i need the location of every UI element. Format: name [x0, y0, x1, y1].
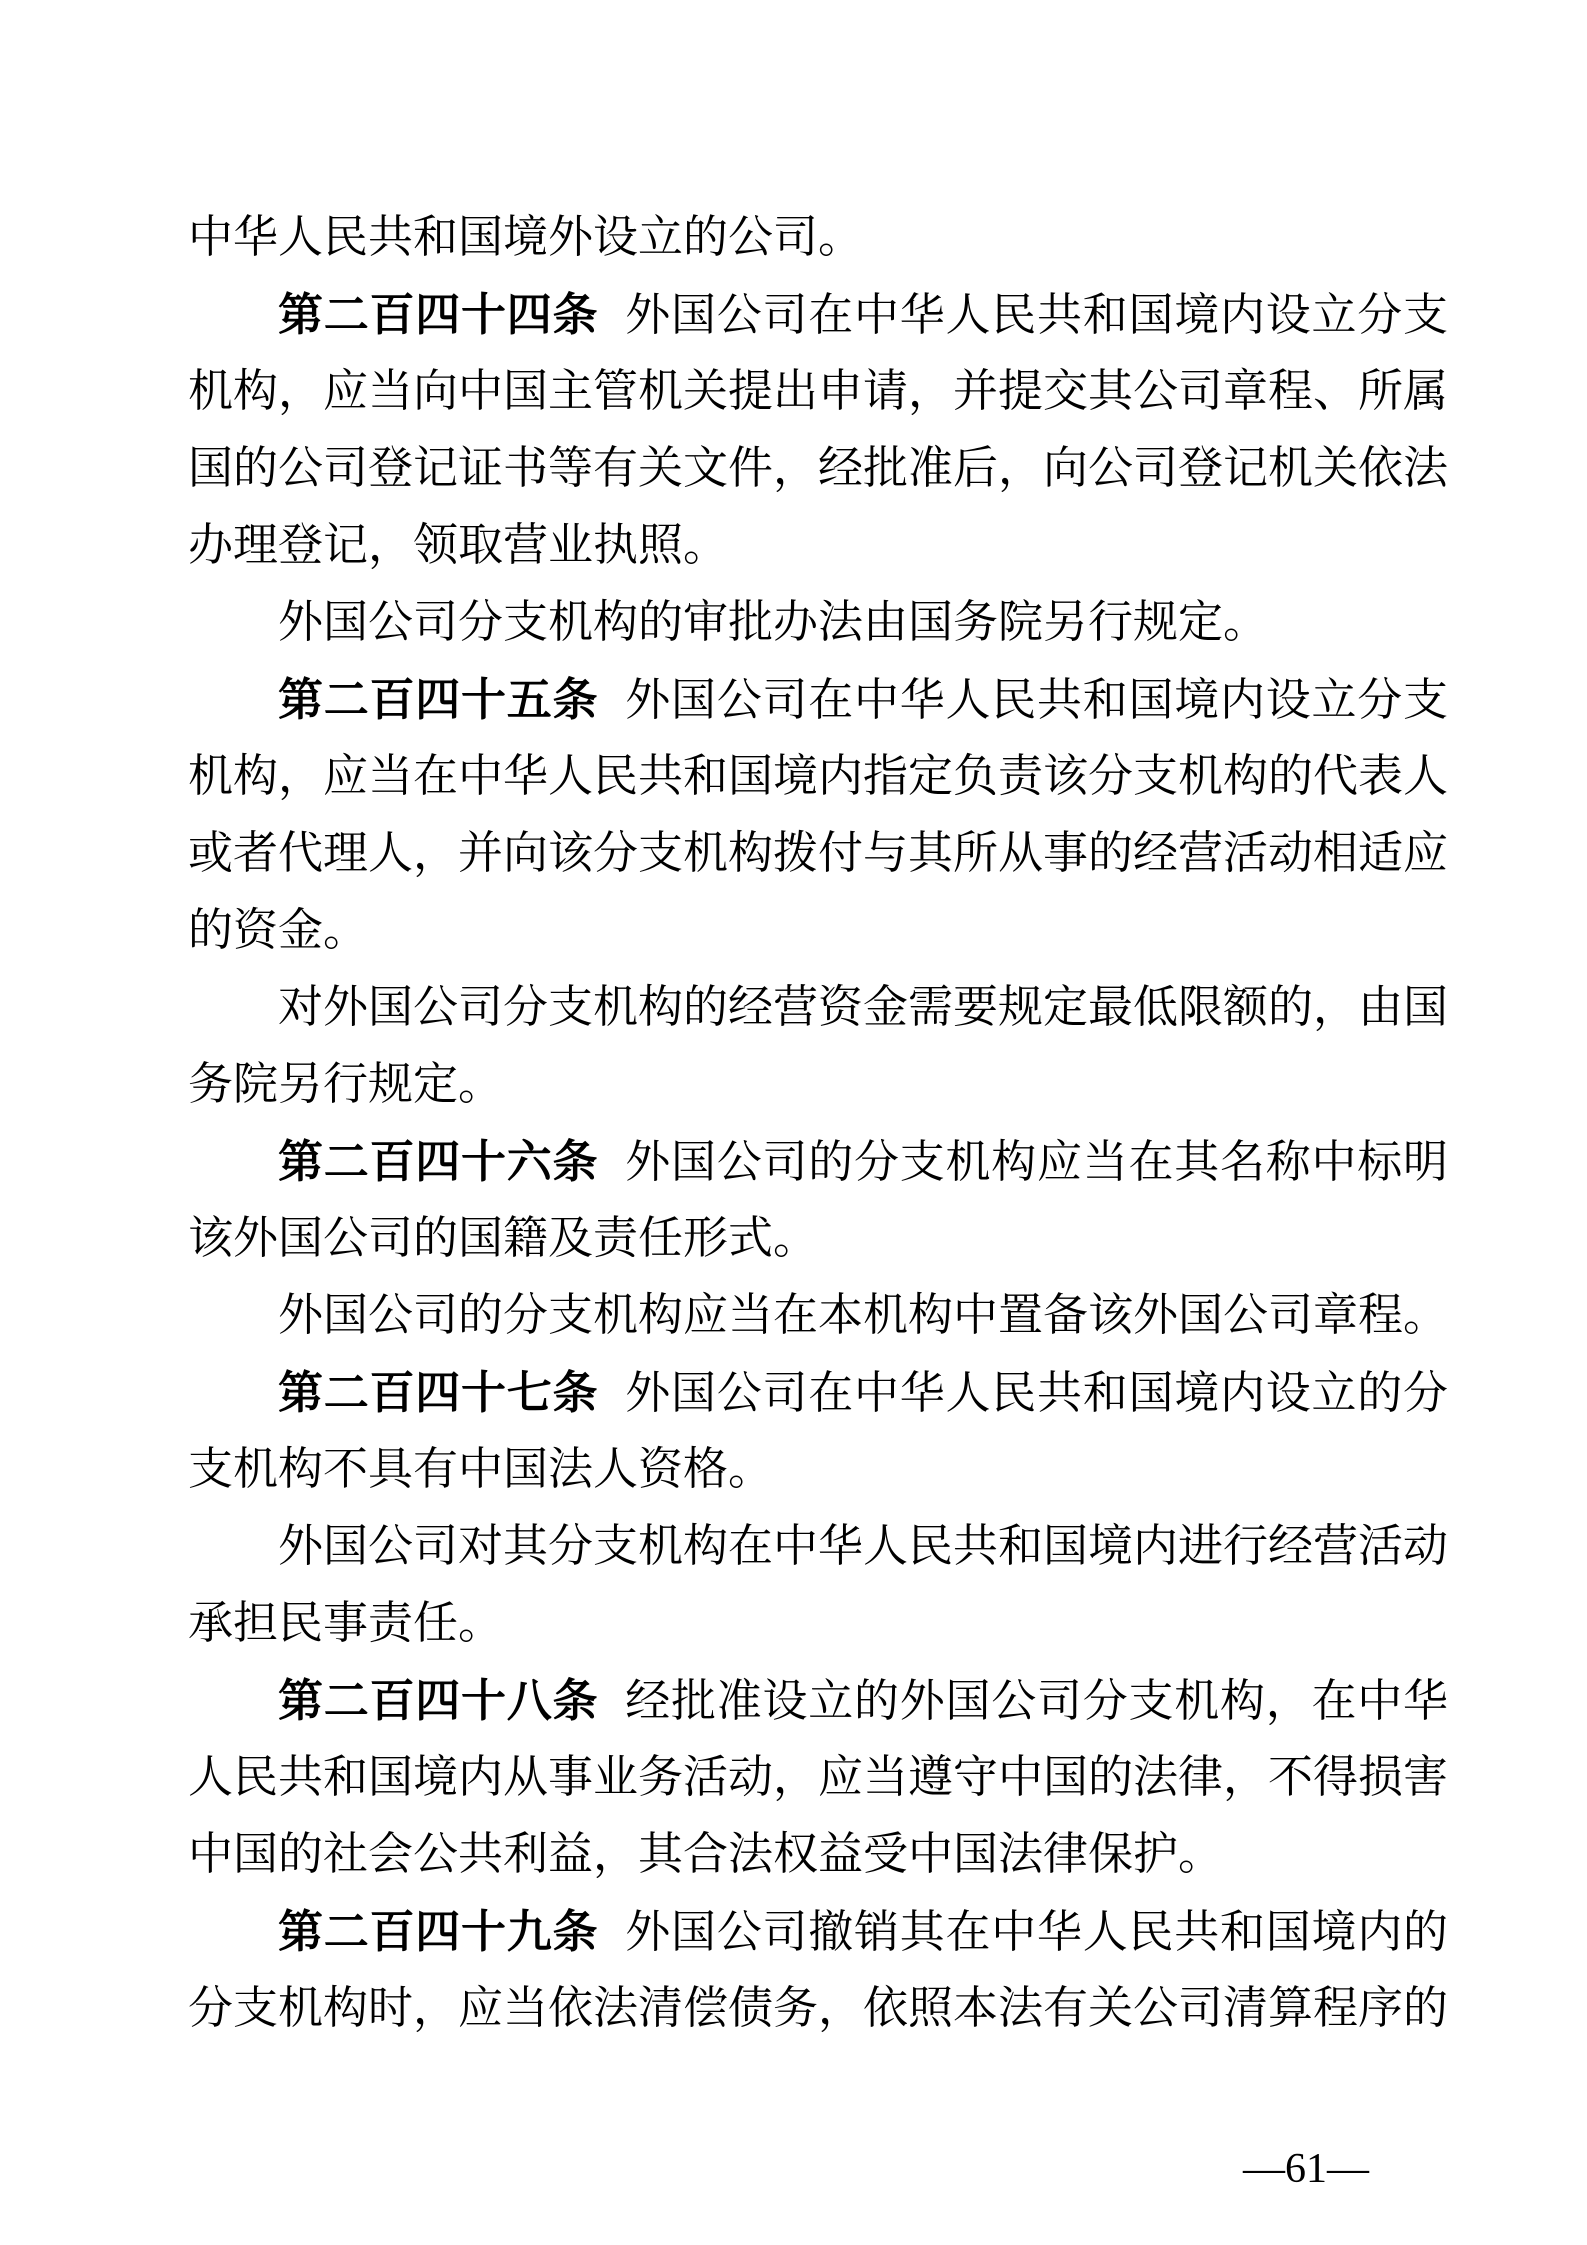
- text-line: 第二百四十九条外国公司撤销其在中华人民共和国境内的: [188, 1893, 1448, 1970]
- text-line: 分支机构时，应当依法清偿债务，依照本法有关公司清算程序的: [188, 1970, 1448, 2047]
- line-text: 外国公司分支机构的审批办法由国务院另行规定。: [278, 597, 1268, 647]
- line-text: 国的公司登记证书等有关文件，经批准后，向公司登记机关依法: [188, 443, 1448, 493]
- article-number-label: 第二百四十五条: [278, 674, 598, 725]
- text-line: 承担民事责任。: [188, 1585, 1448, 1662]
- text-line: 第二百四十四条外国公司在中华人民共和国境内设立分支: [188, 276, 1448, 353]
- text-line: 机构，应当向中国主管机关提出申请，并提交其公司章程、所属: [188, 353, 1448, 430]
- text-line: 务院另行规定。: [188, 1046, 1448, 1123]
- text-line: 中华人民共和国境外设立的公司。: [188, 199, 1448, 276]
- text-line: 中国的社会公共利益，其合法权益受中国法律保护。: [188, 1816, 1448, 1893]
- line-text: 外国公司的分支机构应当在其名称中标明: [625, 1137, 1448, 1187]
- document-page: 中华人民共和国境外设立的公司。 第二百四十四条外国公司在中华人民共和国境内设立分…: [0, 0, 1587, 2245]
- text-line: 外国公司的分支机构应当在本机构中置备该外国公司章程。: [188, 1277, 1448, 1354]
- text-line: 第二百四十六条外国公司的分支机构应当在其名称中标明: [188, 1123, 1448, 1200]
- text-line: 外国公司对其分支机构在中华人民共和国境内进行经营活动: [188, 1508, 1448, 1585]
- text-line: 该外国公司的国籍及责任形式。: [188, 1200, 1448, 1277]
- line-text: 对外国公司分支机构的经营资金需要规定最低限额的，由国: [278, 982, 1448, 1032]
- article-number-label: 第二百四十四条: [278, 289, 598, 340]
- line-text: 务院另行规定。: [188, 1059, 503, 1109]
- article-number-label: 第二百四十六条: [278, 1136, 598, 1187]
- text-line: 第二百四十七条外国公司在中华人民共和国境内设立的分: [188, 1354, 1448, 1431]
- text-line: 机构，应当在中华人民共和国境内指定负责该分支机构的代表人: [188, 738, 1448, 815]
- line-text: 的资金。: [188, 905, 368, 955]
- line-text: 外国公司撤销其在中华人民共和国境内的: [625, 1907, 1448, 1957]
- text-line: 第二百四十五条外国公司在中华人民共和国境内设立分支: [188, 661, 1448, 738]
- text-line: 人民共和国境内从事业务活动，应当遵守中国的法律，不得损害: [188, 1739, 1448, 1816]
- text-line: 的资金。: [188, 892, 1448, 969]
- line-text: 或者代理人，并向该分支机构拨付与其所从事的经营活动相适应: [188, 828, 1448, 878]
- line-text: 办理登记，领取营业执照。: [188, 520, 728, 570]
- line-text: 外国公司在中华人民共和国境内设立分支: [625, 290, 1448, 340]
- text-line: 支机构不具有中国法人资格。: [188, 1431, 1448, 1508]
- line-text: 外国公司的分支机构应当在本机构中置备该外国公司章程。: [278, 1290, 1448, 1340]
- article-number-label: 第二百四十九条: [278, 1906, 598, 1957]
- text-line: 国的公司登记证书等有关文件，经批准后，向公司登记机关依法: [188, 430, 1448, 507]
- text-line: 第二百四十八条经批准设立的外国公司分支机构，在中华: [188, 1662, 1448, 1739]
- line-text: 中华人民共和国境外设立的公司。: [188, 212, 863, 262]
- line-text: 外国公司在中华人民共和国境内设立的分: [625, 1368, 1448, 1418]
- line-text: 人民共和国境内从事业务活动，应当遵守中国的法律，不得损害: [188, 1752, 1448, 1802]
- line-text: 中国的社会公共利益，其合法权益受中国法律保护。: [188, 1829, 1223, 1879]
- text-line: 外国公司分支机构的审批办法由国务院另行规定。: [188, 584, 1448, 661]
- line-text: 机构，应当在中华人民共和国境内指定负责该分支机构的代表人: [188, 751, 1448, 801]
- line-text: 该外国公司的国籍及责任形式。: [188, 1213, 818, 1263]
- text-line: 办理登记，领取营业执照。: [188, 507, 1448, 584]
- line-text: 承担民事责任。: [188, 1598, 503, 1648]
- line-text: 分支机构时，应当依法清偿债务，依照本法有关公司清算程序的: [188, 1983, 1448, 2033]
- article-number-label: 第二百四十七条: [278, 1367, 598, 1418]
- text-line: 或者代理人，并向该分支机构拨付与其所从事的经营活动相适应: [188, 815, 1448, 892]
- line-text: 外国公司在中华人民共和国境内设立分支: [625, 675, 1448, 725]
- text-line: 对外国公司分支机构的经营资金需要规定最低限额的，由国: [188, 969, 1448, 1046]
- line-text: 支机构不具有中国法人资格。: [188, 1444, 773, 1494]
- line-text: 经批准设立的外国公司分支机构，在中华: [625, 1676, 1448, 1726]
- line-text: 外国公司对其分支机构在中华人民共和国境内进行经营活动: [278, 1521, 1448, 1571]
- article-number-label: 第二百四十八条: [278, 1675, 598, 1726]
- page-number: —61—: [1243, 2148, 1369, 2190]
- line-text: 机构，应当向中国主管机关提出申请，并提交其公司章程、所属: [188, 366, 1448, 416]
- document-content: 中华人民共和国境外设立的公司。 第二百四十四条外国公司在中华人民共和国境内设立分…: [188, 199, 1448, 2047]
